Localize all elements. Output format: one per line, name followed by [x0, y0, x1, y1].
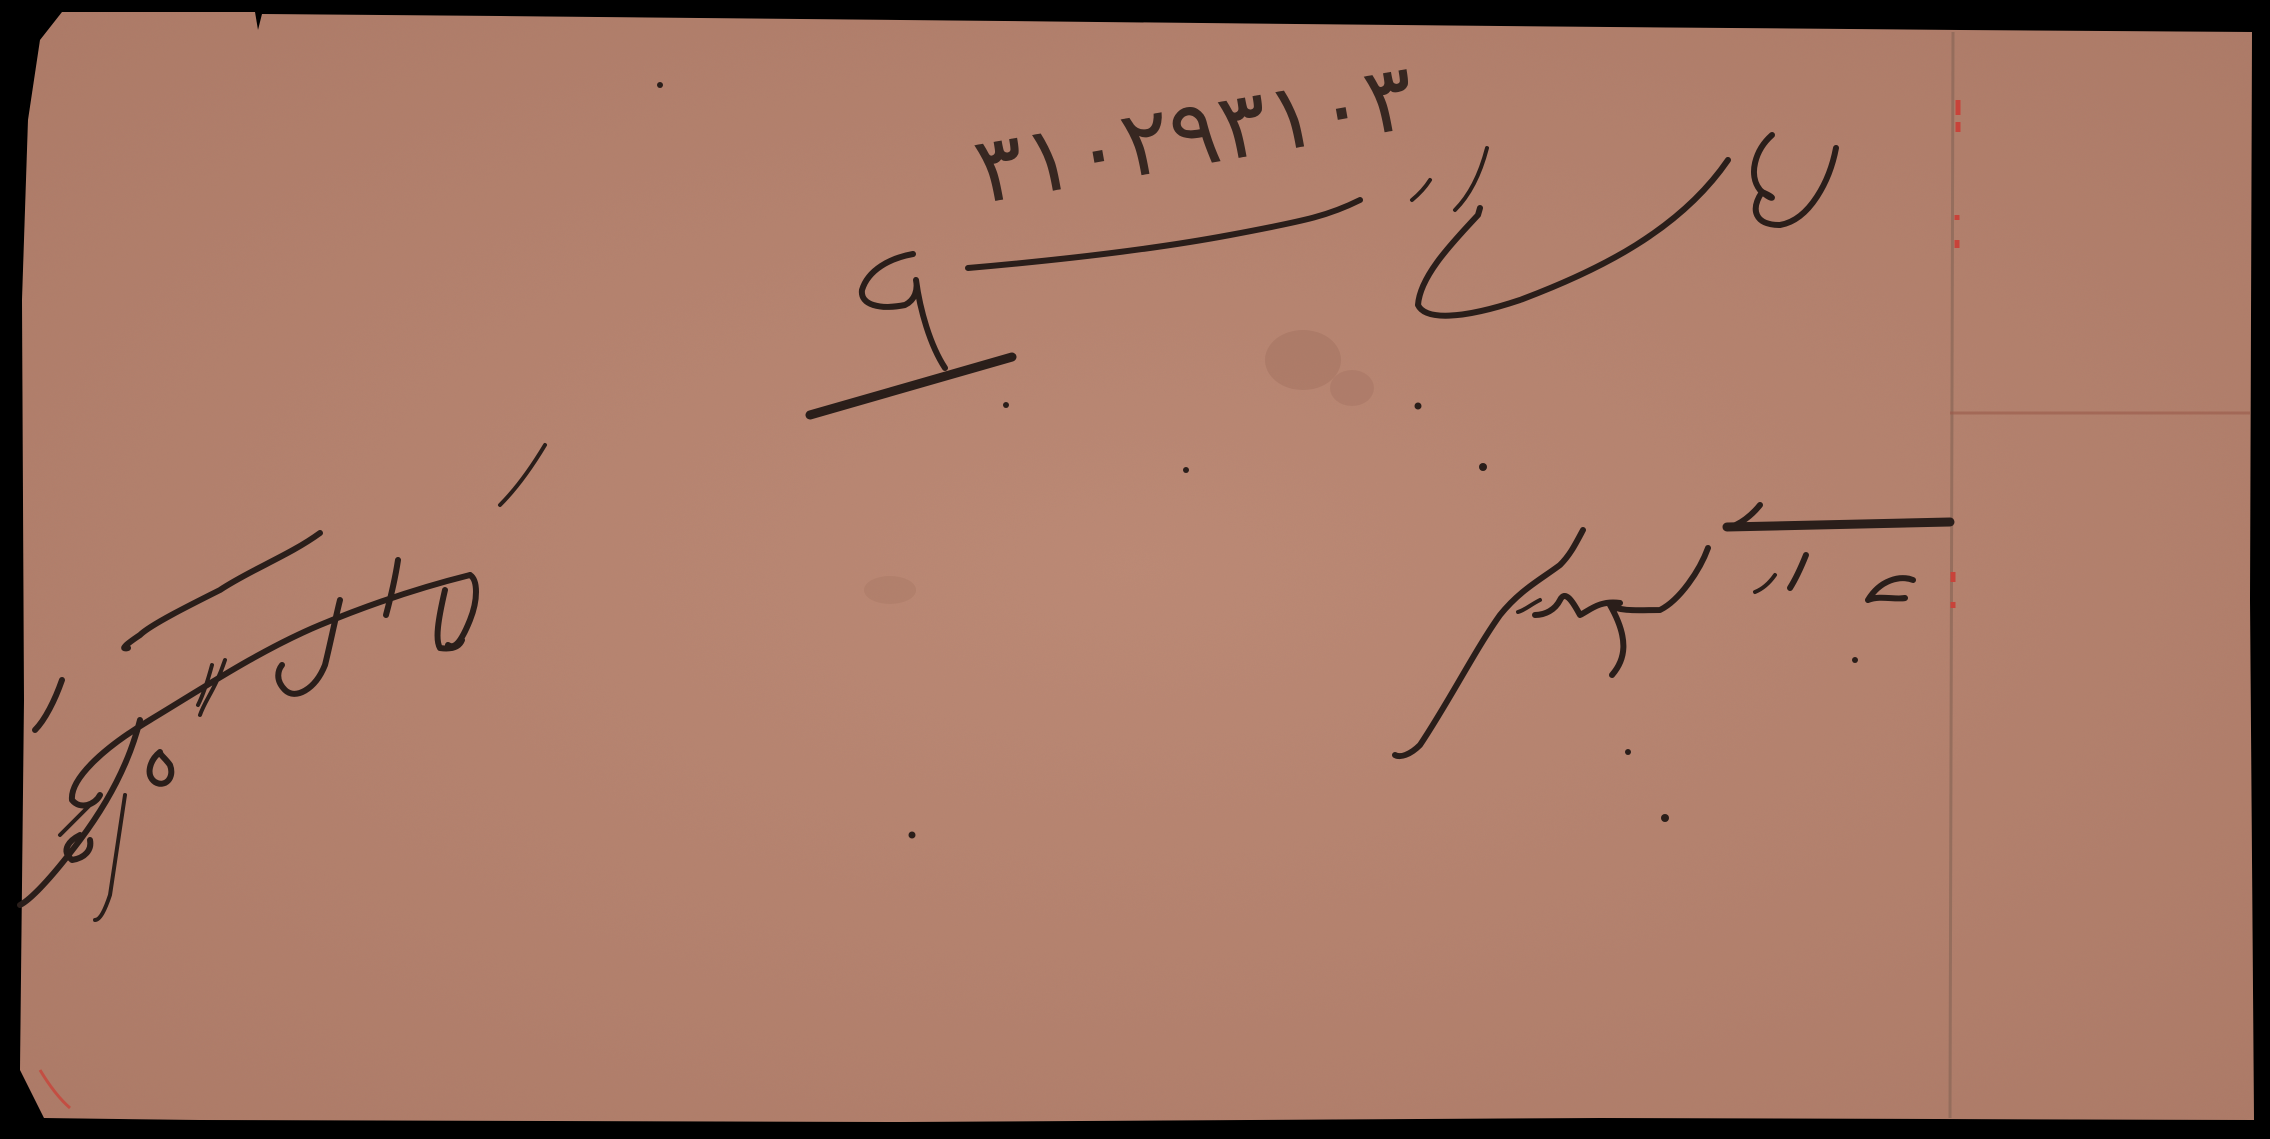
stain	[1265, 330, 1341, 390]
